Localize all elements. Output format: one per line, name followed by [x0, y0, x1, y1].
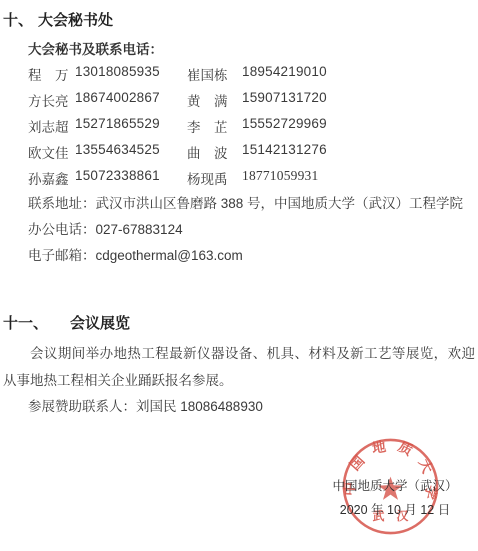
contact-name: 黄 满 [187, 90, 242, 110]
contact-row: 程 万 13018085935 崔国栋 18954219010 [28, 61, 478, 87]
exhibition-paragraph: 会议期间举办地热工程最新仪器设备、机具、材料及新工艺等展览，欢迎从事地热工程相关… [3, 340, 475, 394]
section-number: 十一、 [3, 315, 48, 332]
contact-entry: 方长亮 18674002867 [28, 90, 187, 110]
document-page: 十、大会秘书处 大会秘书及联系电话： 程 万 13018085935 崔国栋 1… [0, 0, 478, 551]
contact-row: 孙嘉鑫 15072338861 杨现禹 18771059931 [28, 165, 478, 191]
section-heading-secretariat: 十、大会秘书处 [3, 0, 478, 31]
contact-name: 曲 波 [187, 142, 242, 162]
email-label: 电子邮箱： [28, 248, 96, 263]
contact-phone: 15271865529 [75, 116, 160, 136]
contact-row: 欧文佳 13554634525 曲 波 15142131276 [28, 139, 478, 165]
section-title: 大会秘书处 [38, 12, 113, 29]
contact-name: 程 万 [28, 64, 75, 84]
contact-entry: 程 万 13018085935 [28, 64, 187, 84]
contact-phone: 18954219010 [242, 64, 327, 84]
contact-name: 孙嘉鑫 [28, 168, 75, 188]
closing-organization: 中国地质大学（武汉） [330, 474, 460, 498]
contact-list: 程 万 13018085935 崔国栋 18954219010 方长亮 1867… [0, 61, 478, 191]
contact-name: 欧文佳 [28, 142, 75, 162]
contact-name: 方长亮 [28, 90, 75, 110]
contact-phone: 15072338861 [75, 168, 160, 188]
contact-entry: 黄 满 15907131720 [187, 90, 327, 110]
contact-name: 李 芷 [187, 116, 242, 136]
contact-entry: 崔国栋 18954219010 [187, 64, 327, 84]
contact-entry: 杨现禹 18771059931 [187, 168, 318, 188]
contact-phone: 18674002867 [75, 90, 160, 110]
contact-row: 方长亮 18674002867 黄 满 15907131720 [28, 87, 478, 113]
address-line: 联系地址：武汉市洪山区鲁磨路 388 号，中国地质大学（武汉）工程学院 [28, 191, 478, 217]
section-heading-exhibition: 十一、会议展览 [3, 313, 478, 335]
closing-block: 中国地质大学（武汉） 2020 年 10 月 12 日 [330, 474, 460, 522]
contact-entry: 欧文佳 13554634525 [28, 142, 187, 162]
address-value: 武汉市洪山区鲁磨路 388 号，中国地质大学（武汉）工程学院 [96, 196, 464, 211]
contact-entry: 李 芷 15552729969 [187, 116, 327, 136]
contact-entry: 孙嘉鑫 15072338861 [28, 168, 187, 188]
contact-entry: 曲 波 15142131276 [187, 142, 327, 162]
secretary-list-label: 大会秘书及联系电话： [28, 40, 478, 60]
office-phone-label: 办公电话： [28, 222, 96, 237]
contact-phone: 13554634525 [75, 142, 160, 162]
address-label: 联系地址： [28, 196, 96, 211]
contact-phone: 15142131276 [242, 142, 327, 162]
contact-name: 杨现禹 [187, 168, 242, 188]
contact-name: 崔国栋 [187, 64, 242, 84]
office-phone-line: 办公电话：027-67883124 [28, 217, 478, 243]
office-phone-value: 027-67883124 [96, 222, 183, 237]
contact-entry: 刘志超 15271865529 [28, 116, 187, 136]
contact-name: 刘志超 [28, 116, 75, 136]
section-title: 会议展览 [70, 315, 130, 332]
sponsor-contact-line: 参展赞助联系人：刘国民 18086488930 [28, 394, 478, 420]
contact-phone: 15907131720 [242, 90, 327, 110]
contact-phone: 13018085935 [75, 64, 160, 84]
contact-row: 刘志超 15271865529 李 芷 15552729969 [28, 113, 478, 139]
contact-phone: 18771059931 [242, 168, 318, 188]
section-number: 十、 [3, 12, 33, 29]
email-line: 电子邮箱：cdgeothermal@163.com [28, 243, 478, 269]
contact-phone: 15552729969 [242, 116, 327, 136]
closing-date: 2020 年 10 月 12 日 [330, 498, 460, 522]
email-value: cdgeothermal@163.com [96, 248, 243, 263]
